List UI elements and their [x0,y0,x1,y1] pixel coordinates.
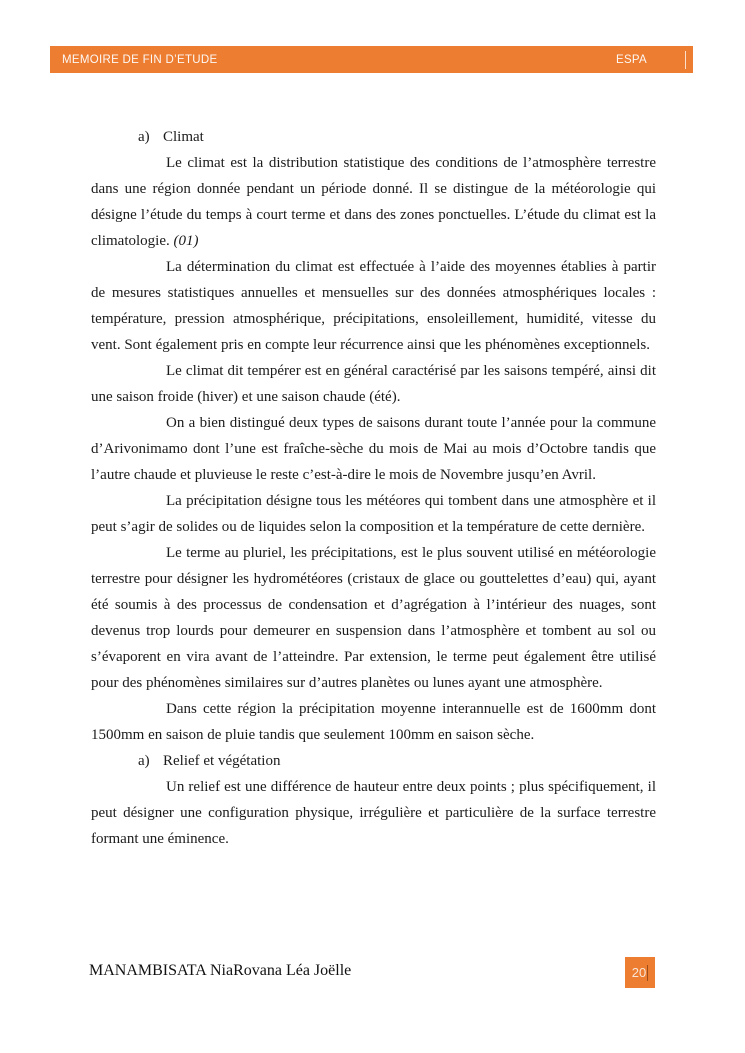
heading-label: Climat [163,129,204,145]
heading-list-marker: a) [138,124,163,150]
body-paragraph: Le terme au pluriel, les précipitations,… [91,540,656,696]
body-paragraph: On a bien distingué deux types de saison… [91,410,656,488]
body-paragraph: Dans cette région la précipitation moyen… [91,696,656,748]
footer-author: MANAMBISATA NiaRovana Léa Joëlle [89,962,351,980]
body-paragraph: Un relief est une différence de hauteur … [91,774,656,852]
body-paragraph: Le climat dit tempérer est en général ca… [91,358,656,410]
header-banner: MEMOIRE DE FIN D’ETUDE ESPA [50,46,693,73]
text-cursor-line [647,965,648,981]
section-heading-climat: a)Climat [91,124,656,150]
page-number-box: 20 [625,957,655,988]
document-page: MEMOIRE DE FIN D’ETUDE ESPA a)Climat Le … [0,0,745,1053]
heading-label: Relief et végétation [163,753,280,769]
page-number: 20 [632,965,646,980]
header-divider-line [685,51,686,69]
body-paragraph: Le climat est la distribution statistiqu… [91,150,656,254]
section-heading-relief: a)Relief et végétation [91,748,656,774]
header-institution: ESPA [616,54,647,66]
body-paragraph: La détermination du climat est effectuée… [91,254,656,358]
heading-list-marker: a) [138,748,163,774]
document-body: a)Climat Le climat est la distribution s… [91,124,656,940]
body-paragraph: La précipitation désigne tous les météor… [91,488,656,540]
header-title: MEMOIRE DE FIN D’ETUDE [62,54,217,66]
citation-reference: (01) [173,233,198,249]
